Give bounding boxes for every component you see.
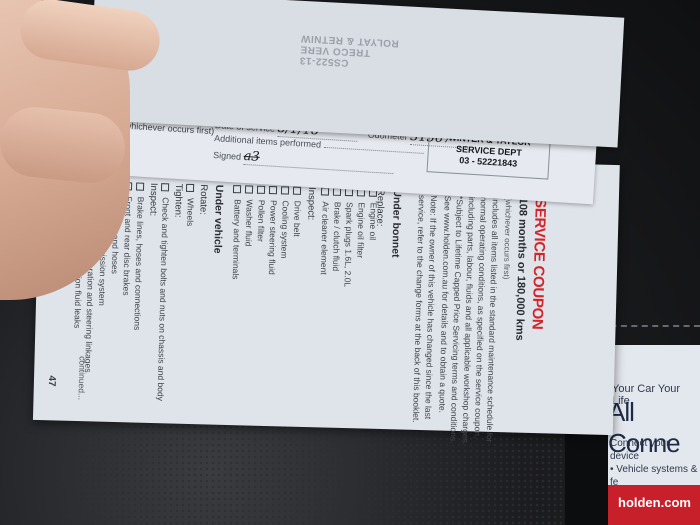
checklist-item[interactable]: Cooling system (279, 186, 291, 258)
checkbox[interactable] (186, 184, 194, 192)
checklist-item[interactable]: Engine oil filter (355, 188, 367, 258)
checkbox[interactable] (321, 187, 329, 195)
coupon-interval-note: (whichever occurs first) (502, 197, 513, 279)
checklist-item[interactable]: Wheels (185, 184, 196, 227)
checkbox[interactable] (233, 185, 241, 193)
checklist-item[interactable]: Air cleaner element (319, 187, 331, 274)
checkbox[interactable] (269, 186, 277, 194)
show-through-stamp: CS522-13TRECO VEREROLYAT & RETNIW (299, 32, 399, 70)
additional-items-field[interactable] (323, 147, 423, 154)
page-number: 47 (46, 375, 57, 386)
checkbox[interactable] (136, 183, 144, 191)
checkbox[interactable] (245, 185, 253, 193)
coupon-title: SERVICE COUPON (528, 198, 548, 330)
coupon-interval: 108 months or 180,000 kms (513, 198, 529, 341)
coupon-header: SERVICE COUPON (528, 198, 548, 330)
inspect-label: Inspect: (305, 187, 317, 221)
checklist-item[interactable]: Pollen filter (256, 186, 267, 242)
group-label: Inspect: (147, 183, 159, 217)
checklist-item[interactable]: Spark plugs 1.6L, 2.0L (343, 188, 356, 287)
under-bonnet-heading: Under bonnet (389, 189, 403, 258)
holden-url: holden.com (618, 495, 691, 510)
under-vehicle-heading: Under vehicle (211, 185, 225, 254)
holden-url-banner: holden.com (608, 485, 700, 525)
checkbox[interactable] (161, 183, 169, 191)
seat-gap (565, 428, 610, 525)
checklist-item[interactable]: Battery and terminals (231, 185, 243, 280)
checklist-item[interactable]: Engine oil (368, 189, 379, 241)
group-label: Tighten: (172, 183, 184, 217)
checkbox[interactable] (281, 186, 289, 194)
checklist-item[interactable]: Drive belt (292, 187, 303, 237)
checklist-item[interactable]: Brake lines, hoses and connections (132, 183, 146, 331)
checkbox[interactable] (257, 186, 265, 194)
checklist-item[interactable]: Power steering fluid (267, 186, 279, 275)
group-label: Rotate: (197, 184, 209, 215)
checklist-item[interactable]: Washer fluid (244, 185, 256, 246)
checklist-item[interactable]: Brake / clutch fluid (331, 188, 343, 272)
checkbox[interactable] (293, 187, 301, 195)
